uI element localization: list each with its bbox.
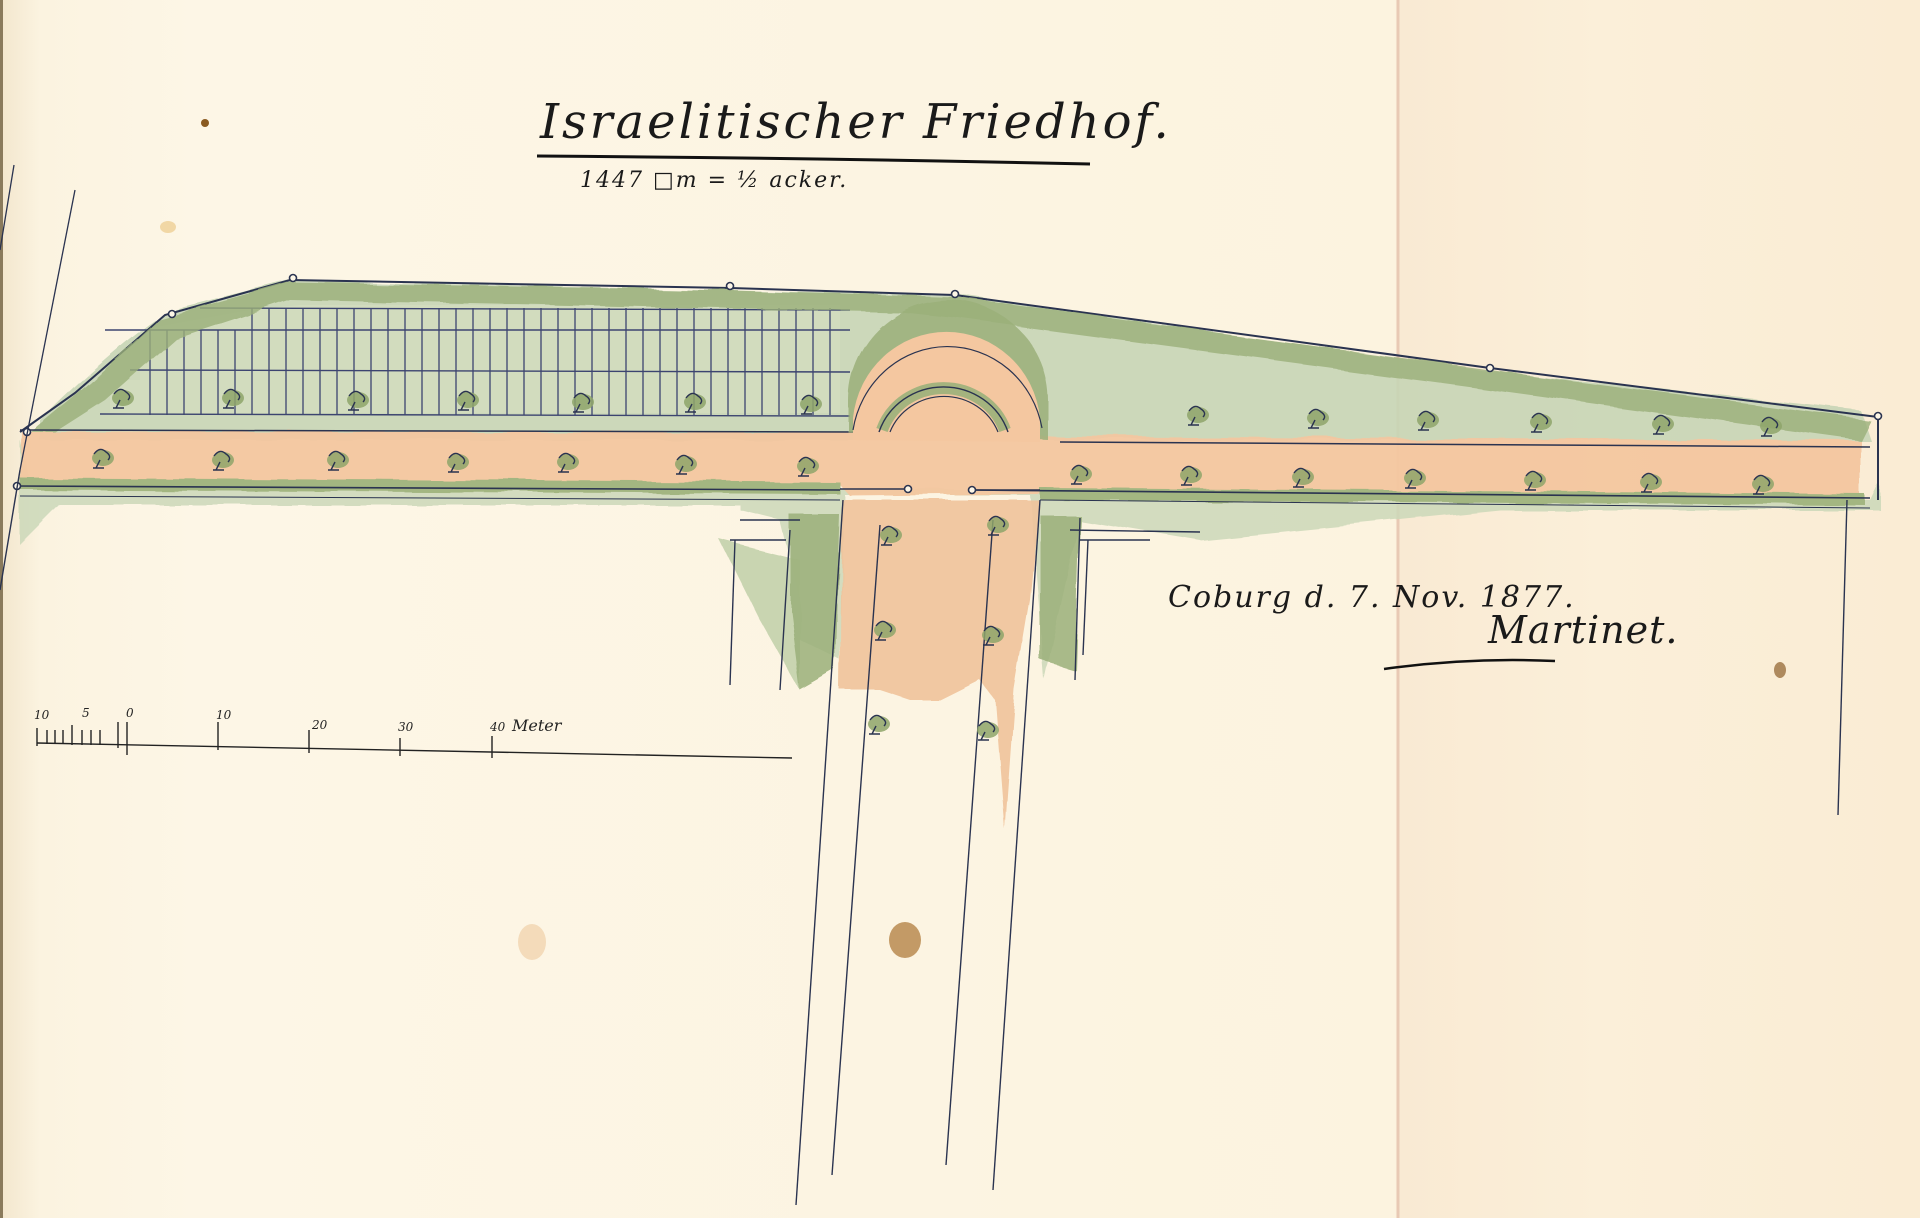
scale-tick-label: 30 bbox=[398, 720, 413, 734]
surveyor-signature: Martinet. bbox=[1488, 608, 1678, 652]
scale-tick-label: 0 bbox=[126, 706, 134, 720]
title-underline bbox=[535, 150, 1095, 170]
map-title: Israelitischer Friedhof. bbox=[540, 94, 1172, 150]
ink-spot bbox=[201, 119, 209, 127]
scale-bar bbox=[37, 722, 792, 758]
tree-icon bbox=[977, 721, 999, 740]
map-sheet: Israelitischer Friedhof. 1447 □m = ½ ack… bbox=[0, 0, 1920, 1218]
tree-icon bbox=[868, 715, 890, 734]
grave-row-lines bbox=[150, 308, 830, 415]
stain bbox=[889, 922, 921, 958]
scale-tick-label: 5 bbox=[82, 706, 90, 720]
area-annotation: 1447 □m = ½ acker. bbox=[580, 168, 848, 193]
signature-flourish bbox=[1380, 655, 1560, 675]
scale-unit-label: Meter bbox=[512, 716, 561, 735]
scale-tick-label: 10 bbox=[34, 708, 49, 722]
scale-tick-label: 40 bbox=[490, 720, 505, 734]
scale-tick-label: 20 bbox=[312, 718, 327, 732]
scale-tick-label: 10 bbox=[216, 708, 231, 722]
